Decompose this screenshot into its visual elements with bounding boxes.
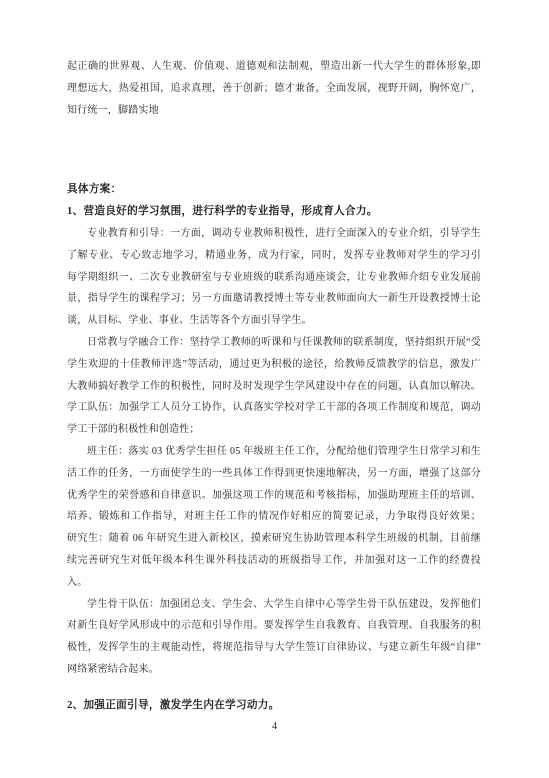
text-line: 谈，从目标、学业、事业、生活等各个方面引导学生。 (67, 310, 481, 332)
text-line: 对新生良好学风形成中的示范和引导作用。要发挥学生自我教育、自我管理、自我服务的积 (67, 615, 481, 637)
section-heading: 具体方案： (67, 179, 481, 201)
text-line: 学生骨干队伍：加强团总支、学生会、大学生自律中心等学生骨干队伍建设，发挥他们 (67, 594, 481, 616)
text-line: 入。 (67, 572, 481, 594)
text-line: 续完善研究生对低年级本科生课外科技活动的班级指导工作，并加强对这一工作的经费投 (67, 550, 481, 572)
text-line: 知行统一，脚踏实地 (67, 100, 481, 122)
text-line: 研究生：随着 06 年研究生进入新校区，摸索研究生协助管理本科学生班级的机制，目… (67, 528, 481, 550)
text-line: 学生欢迎的十佳教师评选”等活动，通过更为积极的途径，给教师反馈教学的信息，激发广 (67, 354, 481, 376)
paragraph: 学生骨干队伍：加强团总支、学生会、大学生自律中心等学生骨干队伍建设，发挥他们对新… (67, 594, 481, 681)
text-line: 日常教与学融合工作：坚持学工教师的听课和与任课教师的联系制度，坚持组织开展“受 (67, 332, 481, 354)
page-number: 4 (272, 721, 277, 732)
paragraph: 起正确的世界观、人生观、价值观、道德观和法制观，塑造出新一代大学生的群体形象,即… (67, 56, 481, 121)
text-line: 班主任：落实 03 优秀学生担任 05 年级班主任工作，分配给他们管理学生日常学… (67, 441, 481, 463)
text-line: 专业教育和引导：一方面，调动专业教师积极性，进行全面深入的专业介绍，引导学生 (67, 223, 481, 245)
text-line: 具体方案： (67, 179, 481, 201)
text-line: 活工作的任务，一方面使学生的一些具体工作得到更快速地解决，另一方面，增强了这部分 (67, 463, 481, 485)
text-line: 学工队伍：加强学工人员分工协作，认真落实学校对学工干部的各项工作制度和规范，调动 (67, 397, 481, 419)
text-line: 理想远大，热爱祖国，追求真理，善于创新；德才兼备，全面发展，视野开阔，胸怀宽广， (67, 78, 481, 100)
section-heading: 2、加强正面引导，激发学生内在学习动力。 (67, 695, 481, 717)
paragraph: 专业教育和引导：一方面，调动专业教师积极性，进行全面深入的专业介绍，引导学生了解… (67, 223, 481, 332)
document-page: 起正确的世界观、人生观、价值观、道德观和法制观，塑造出新一代大学生的群体形象,即… (0, 0, 549, 778)
section-heading: 1、营造良好的学习氛围，进行科学的专业指导，形成育人合力。 (67, 201, 481, 223)
page-footer: 4 (0, 716, 549, 734)
text-line: 培养、锻炼和工作指导，对班主任工作的情况作好相应的简要记录，力争取得良好效果； (67, 506, 481, 528)
text-line: 1、营造良好的学习氛围，进行科学的专业指导，形成育人合力。 (67, 201, 481, 223)
text-line: 了解专业、专心致志地学习，精通业务，成为行家，同时，发挥专业教师对学生的学习引导… (67, 245, 481, 267)
text-line: 大教师搞好教学工作的积极性，同时及时发现学生学风建设中存在的问题，认真加以解决。 (67, 376, 481, 398)
text-line: 起正确的世界观、人生观、价值观、道德观和法制观，塑造出新一代大学生的群体形象,即 (67, 56, 481, 78)
text-line: 每学期组织一、二次专业教研室与专业班级的联系沟通座谈会，让专业教师介绍专业发展前 (67, 267, 481, 289)
document-body: 起正确的世界观、人生观、价值观、道德观和法制观，塑造出新一代大学生的群体形象,即… (67, 56, 481, 717)
text-line: 景，指导学生的课程学习；另一方面邀请教授博士等专业教师面向大一新生开设教授博士论 (67, 288, 481, 310)
paragraph: 班主任：落实 03 优秀学生担任 05 年级班主任工作，分配给他们管理学生日常学… (67, 441, 481, 594)
paragraph: 日常教与学融合工作：坚持学工教师的听课和与任课教师的联系制度，坚持组织开展“受学… (67, 332, 481, 441)
text-line: 极性，发挥学生的主观能动性，将规范指导与大学生签订自律协议、与建立新生年级“自律… (67, 637, 481, 659)
text-line: 2、加强正面引导，激发学生内在学习动力。 (67, 695, 481, 717)
text-line: 优秀学生的荣誉感和自律意识。加强这项工作的规范和考核指标，加强助理班主任的培训、 (67, 485, 481, 507)
text-line: 网络紧密结合起来。 (67, 659, 481, 681)
text-line: 学工干部的积极性和创造性； (67, 419, 481, 441)
